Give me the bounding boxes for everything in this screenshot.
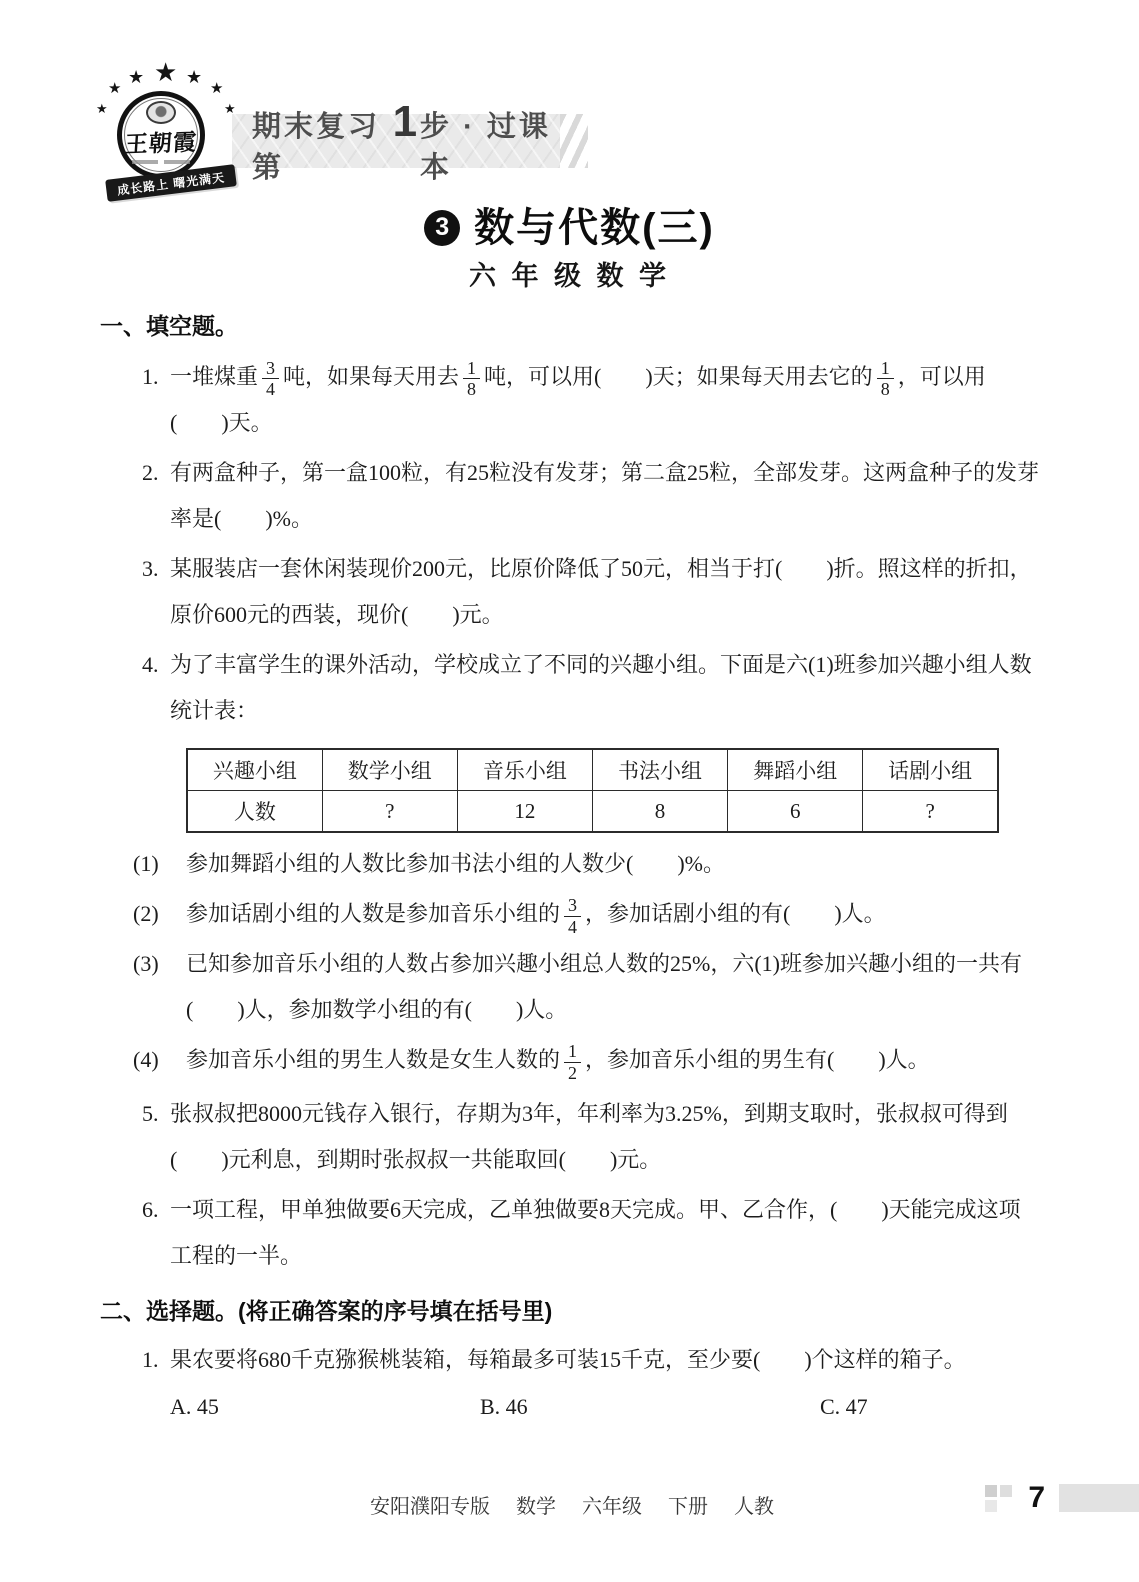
fraction: 18 bbox=[463, 358, 480, 400]
star-icon: ★ bbox=[154, 60, 177, 86]
fraction: 18 bbox=[877, 358, 894, 400]
footer-item: 数学 bbox=[516, 1490, 556, 1519]
question: 2. 有两盒种子，第一盒100粒，有25粒没有发芽；第二盒25粒，全部发芽。这两… bbox=[100, 450, 1040, 542]
logo-circle: 王朝霞 bbox=[117, 91, 205, 179]
question-number: (4) bbox=[133, 1037, 159, 1083]
question-number: 2. bbox=[142, 450, 159, 496]
main-content: 一、填空题。 1. 一堆煤重34吨，如果每天用去18吨，可以用( )天；如果每天… bbox=[100, 310, 1040, 1427]
question: 4. 为了丰富学生的课外活动，学校成立了不同的兴趣小组。下面是六(1)班参加兴趣… bbox=[100, 642, 1040, 734]
page-number: 7 bbox=[1028, 1481, 1045, 1515]
page-title: 3数与代数(三) bbox=[0, 196, 1139, 253]
footer-meta: 安阳濮阳专版 数学 六年级 下册 人教 bbox=[370, 1490, 774, 1519]
question-number: 4. bbox=[142, 642, 159, 688]
question-text: 张叔叔把8000元钱存入银行，存期为3年，年利率为3.25%，到期支取时，张叔叔… bbox=[170, 1101, 1008, 1172]
section-heading-choice: 二、选择题。(将正确答案的序号填在括号里) bbox=[100, 1295, 1040, 1327]
sub-question: (3) 已知参加音乐小组的人数占参加兴趣小组总人数的25%，六(1)班参加兴趣小… bbox=[100, 941, 1040, 1033]
table-data-row: 人数 ? 12 8 6 ? bbox=[187, 791, 998, 833]
table-header-cell: 音乐小组 bbox=[457, 749, 592, 791]
question: 1. 一堆煤重34吨，如果每天用去18吨，可以用( )天；如果每天用去它的18，… bbox=[100, 354, 1040, 446]
question-text: 一项工程，甲单独做要6天完成，乙单独做要8天完成。甲、乙合作，( )天能完成这项… bbox=[170, 1197, 1021, 1268]
question-text: 参加舞蹈小组的人数比参加书法小组的人数少( )%。 bbox=[186, 851, 725, 876]
table-header-cell: 数学小组 bbox=[322, 749, 457, 791]
star-icon: ★ bbox=[224, 102, 236, 115]
question-text: 参加音乐小组的男生人数是女生人数的12，参加音乐小组的男生有( )人。 bbox=[186, 1047, 930, 1072]
table-header-cell: 舞蹈小组 bbox=[728, 749, 863, 791]
table-header-cell: 兴趣小组 bbox=[187, 749, 322, 791]
question: 6. 一项工程，甲单独做要6天完成，乙单独做要8天完成。甲、乙合作，( )天能完… bbox=[100, 1187, 1040, 1279]
question-text: 一堆煤重34吨，如果每天用去18吨，可以用( )天；如果每天用去它的18，可以用… bbox=[170, 364, 986, 435]
question-number: (1) bbox=[133, 841, 159, 887]
table-header-cell: 书法小组 bbox=[592, 749, 727, 791]
section-heading-fill: 一、填空题。 bbox=[100, 310, 1040, 342]
question-number: 6. bbox=[142, 1187, 159, 1233]
worksheet-page: { "brand": { "logo_name": "王朝霞", "ribbon… bbox=[0, 0, 1139, 1582]
question-number: (3) bbox=[133, 941, 159, 987]
title-text: 数与代数(三) bbox=[474, 206, 715, 250]
footer-item: 人教 bbox=[734, 1490, 774, 1519]
stats-table: 兴趣小组 数学小组 音乐小组 书法小组 舞蹈小组 话剧小组 人数 ? 12 8 … bbox=[186, 748, 999, 833]
page-number-bar bbox=[1059, 1484, 1139, 1512]
fraction: 34 bbox=[564, 895, 581, 937]
option-b: B. 46 bbox=[480, 1387, 820, 1427]
question-text: 参加话剧小组的人数是参加音乐小组的34，参加话剧小组的有( )人。 bbox=[186, 901, 886, 926]
table-row-label: 人数 bbox=[187, 791, 322, 833]
star-icon: ★ bbox=[210, 82, 223, 97]
table-cell: ? bbox=[322, 791, 457, 833]
table-cell: ? bbox=[863, 791, 998, 833]
band-step-number: 1 bbox=[393, 97, 417, 147]
title-number-badge: 3 bbox=[424, 210, 460, 246]
fraction: 34 bbox=[262, 358, 279, 400]
brand-logo: ★ ★ ★ ★ ★ ★ ★ 王朝霞 成长路上 曙光满天 bbox=[98, 64, 246, 212]
question-text: 已知参加音乐小组的人数占参加兴趣小组总人数的25%，六(1)班参加兴趣小组的一共… bbox=[186, 951, 1022, 1022]
logo-name: 王朝霞 bbox=[121, 124, 202, 160]
sub-question: (4) 参加音乐小组的男生人数是女生人数的12，参加音乐小组的男生有( )人。 bbox=[100, 1037, 1040, 1083]
sub-question: (2) 参加话剧小组的人数是参加音乐小组的34，参加话剧小组的有( )人。 bbox=[100, 891, 1040, 937]
sub-question: (1) 参加舞蹈小组的人数比参加书法小组的人数少( )%。 bbox=[100, 841, 1040, 887]
option-a: A. 45 bbox=[170, 1387, 480, 1427]
option-c: C. 47 bbox=[820, 1387, 868, 1427]
star-icon: ★ bbox=[108, 82, 121, 97]
table-header-cell: 话剧小组 bbox=[863, 749, 998, 791]
star-icon: ★ bbox=[128, 68, 144, 86]
page-number-box: 7 bbox=[985, 1482, 1139, 1514]
question-number: 5. bbox=[142, 1091, 159, 1137]
band-text-before: 期末复习第 bbox=[252, 104, 390, 186]
footer-item: 下册 bbox=[668, 1490, 708, 1519]
table-cell: 12 bbox=[457, 791, 592, 833]
checker-decoration-icon bbox=[985, 1485, 1012, 1512]
question-number: (2) bbox=[133, 891, 159, 937]
question-text: 果农要将680千克猕猴桃装箱，每箱最多可装15千克，至少要( )个这样的箱子。 bbox=[170, 1347, 966, 1372]
logo-fine-print bbox=[122, 160, 200, 164]
fraction: 12 bbox=[564, 1041, 581, 1083]
question-number: 1. bbox=[142, 354, 159, 400]
band-text-after: 步 · 过课本 bbox=[420, 104, 560, 186]
band-slash-decoration bbox=[560, 114, 588, 168]
question: 5. 张叔叔把8000元钱存入银行，存期为3年，年利率为3.25%，到期支取时，… bbox=[100, 1091, 1040, 1183]
header-band-text: 期末复习第 1 步 · 过课本 bbox=[252, 97, 560, 186]
footer-item: 安阳濮阳专版 bbox=[370, 1490, 490, 1519]
question-text: 为了丰富学生的课外活动，学校成立了不同的兴趣小组。下面是六(1)班参加兴趣小组人… bbox=[170, 652, 1032, 723]
question-text: 有两盒种子，第一盒100粒，有25粒没有发芽；第二盒25粒，全部发芽。这两盒种子… bbox=[170, 460, 1039, 531]
page-subtitle: 六 年 级 数 学 bbox=[0, 254, 1139, 293]
header-band: 期末复习第 1 步 · 过课本 bbox=[232, 114, 560, 168]
question: 3. 某服装店一套休闲装现价200元，比原价降低了50元，相当于打( )折。照这… bbox=[100, 546, 1040, 638]
question-number: 3. bbox=[142, 546, 159, 592]
table-cell: 8 bbox=[592, 791, 727, 833]
star-icon: ★ bbox=[186, 68, 202, 86]
options-row: A. 45 B. 46 C. 47 bbox=[100, 1387, 1040, 1427]
footer-item: 六年级 bbox=[582, 1490, 642, 1519]
question: 1. 果农要将680千克猕猴桃装箱，每箱最多可装15千克，至少要( )个这样的箱… bbox=[100, 1337, 1040, 1383]
table-header-row: 兴趣小组 数学小组 音乐小组 书法小组 舞蹈小组 话剧小组 bbox=[187, 749, 998, 791]
table-cell: 6 bbox=[728, 791, 863, 833]
portrait-icon bbox=[146, 101, 176, 124]
question-number: 1. bbox=[142, 1337, 159, 1383]
question-text: 某服装店一套休闲装现价200元，比原价降低了50元，相当于打( )折。照这样的折… bbox=[170, 556, 1032, 627]
star-icon: ★ bbox=[96, 102, 108, 115]
